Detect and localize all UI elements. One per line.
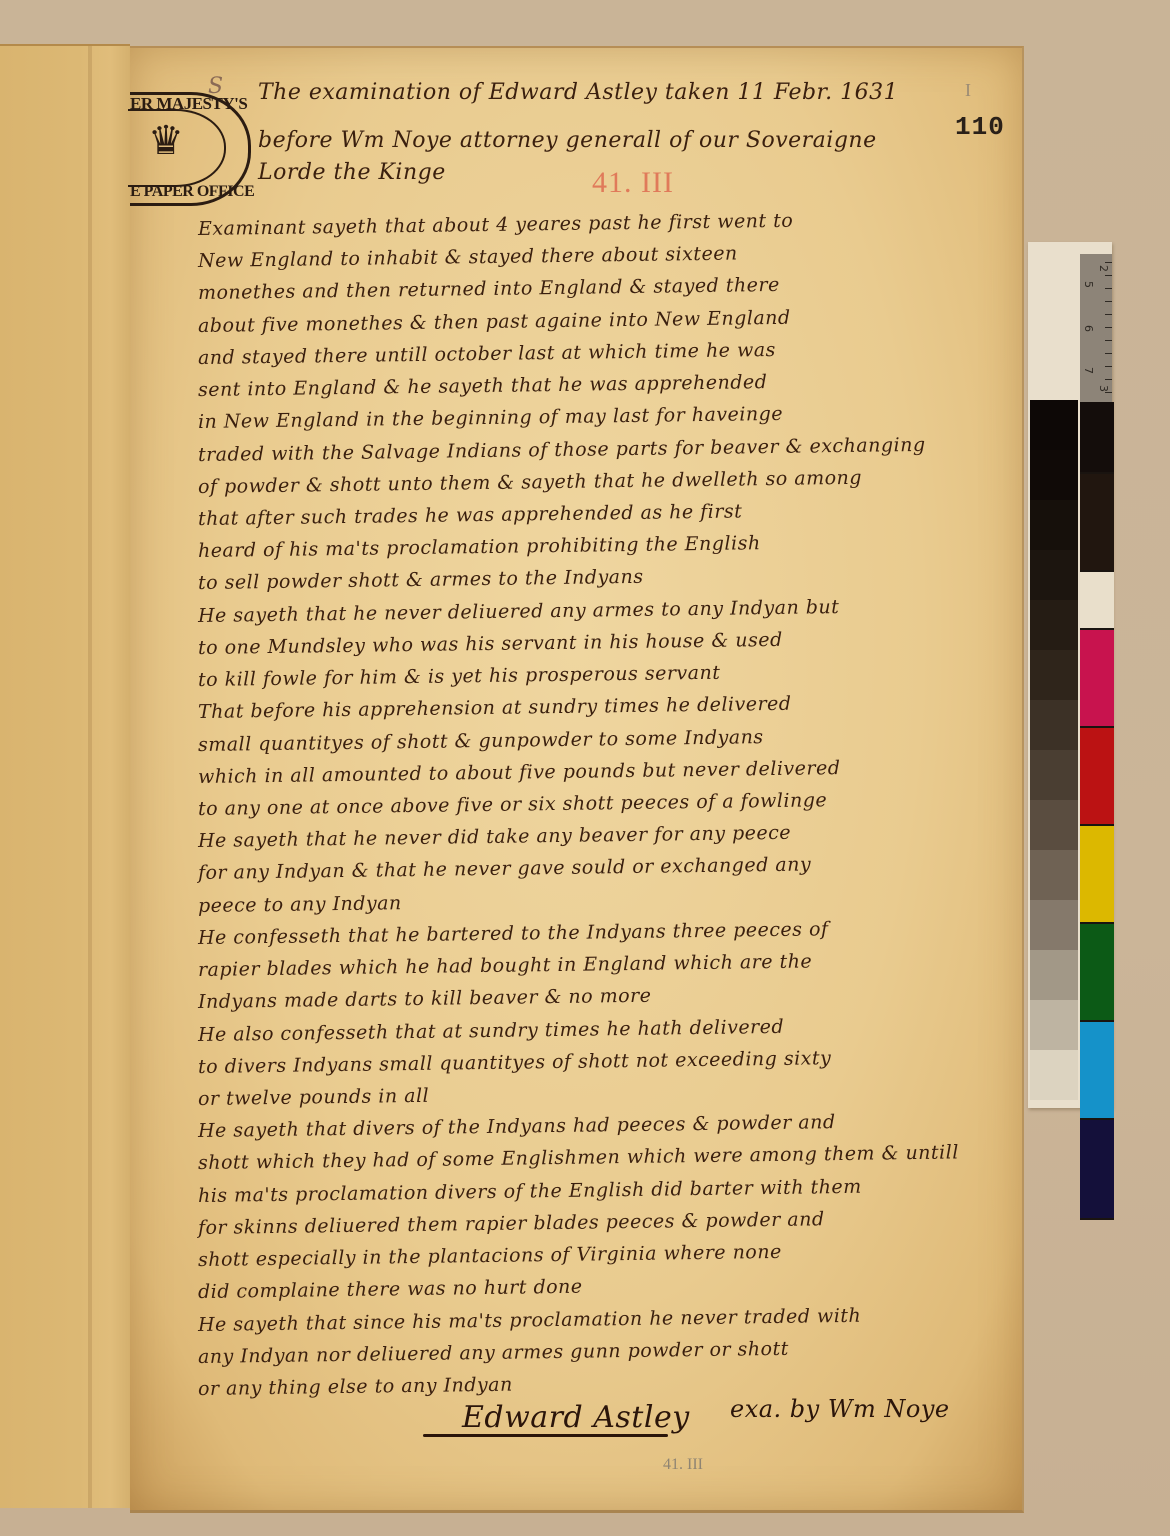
manuscript-line: or any thing else to any Indyan [198, 1374, 513, 1400]
gray-patch [1030, 1050, 1078, 1100]
ruler-tick [1105, 262, 1112, 263]
crown-icon: ♛ [148, 121, 184, 161]
color-patch-magenta [1080, 630, 1114, 728]
ruler-label: 2 [1097, 265, 1110, 272]
ruler-tick [1105, 314, 1112, 315]
ruler-tick [1105, 340, 1112, 341]
binding-fold [88, 46, 92, 1508]
header-line-1: The examination of Edward Astley taken 1… [258, 80, 898, 105]
pencil-mark: I [965, 80, 971, 101]
color-patch-dark-black [1080, 402, 1114, 474]
color-patch-red [1080, 728, 1114, 826]
state-paper-office-stamp: ER MAJESTY'S ♛ E PAPER OFFICE [130, 92, 251, 206]
gray-patch [1030, 500, 1078, 550]
color-patch-green [1080, 924, 1114, 1022]
ruler-tick [1105, 379, 1112, 380]
ruler-tick [1105, 275, 1112, 276]
ruler-tick [1105, 392, 1112, 393]
ruler-label: 3 [1097, 385, 1110, 392]
ruler-tick [1105, 353, 1112, 354]
color-patch-navy [1080, 1120, 1114, 1220]
margin-mark: S [208, 74, 223, 99]
gray-patch [1030, 850, 1078, 900]
gray-patch [1030, 750, 1078, 800]
signature-examiner: exa. by Wm Noye [730, 1395, 950, 1423]
ruler-label: 7 [1082, 367, 1095, 374]
gray-patch [1030, 600, 1078, 650]
binding-guard [0, 44, 130, 1508]
pencil-reference-number: 41. III [663, 1456, 703, 1474]
ruler-label: 5 [1082, 281, 1095, 288]
gray-patch [1030, 650, 1078, 700]
gray-patch [1030, 700, 1078, 750]
color-patch-white [1080, 572, 1114, 630]
color-patch-yellow [1080, 826, 1114, 924]
stamp-bottom-text: E PAPER OFFICE [130, 183, 254, 201]
signature-underline [423, 1434, 668, 1437]
ruler-label: 6 [1082, 325, 1095, 332]
header-line-2: before Wm Noye attorney generall of our … [258, 128, 877, 153]
red-reference-number: 41. III [592, 166, 674, 200]
manuscript-line: peece to any Indyan [198, 892, 402, 917]
header-line-3: Lorde the Kinge [258, 160, 446, 185]
grayscale-strip [1030, 400, 1078, 1100]
stamp-top-text: ER MAJESTY'S [130, 94, 247, 114]
gray-patch [1030, 400, 1078, 450]
ruler-tick [1105, 301, 1112, 302]
gray-patch [1030, 450, 1078, 500]
ruler-tick [1105, 366, 1112, 367]
header-text: The examination of Edward Astley taken 1… [258, 80, 898, 105]
color-patch-dark-brown [1080, 474, 1114, 572]
color-patch-strip [1080, 402, 1114, 1220]
ruler-tick [1105, 288, 1112, 289]
manuscript-line: or twelve pounds in all [198, 1085, 429, 1110]
gray-patch [1030, 550, 1078, 600]
folio-number: 110 [955, 112, 1005, 142]
gray-patch [1030, 800, 1078, 850]
gray-patch [1030, 1000, 1078, 1050]
gray-patch [1030, 950, 1078, 1000]
gray-patch [1030, 900, 1078, 950]
ruler-tick [1105, 327, 1112, 328]
signature-examinant: Edward Astley [462, 1400, 690, 1435]
color-patch-cyan [1080, 1022, 1114, 1120]
